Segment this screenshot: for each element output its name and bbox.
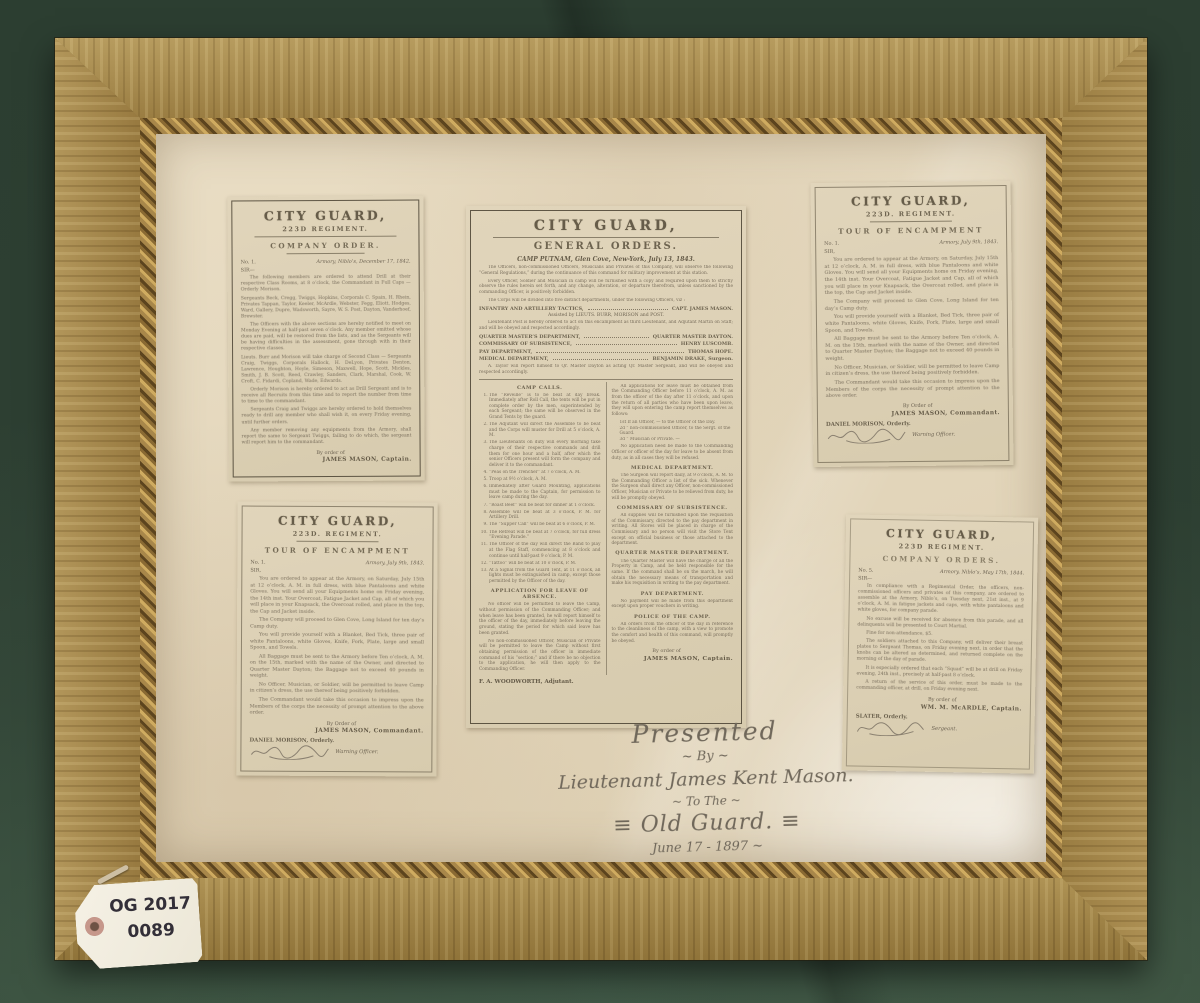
department-row: QUARTER MASTER’S DEPARTMENT, QUARTER MAS… xyxy=(479,334,733,340)
salutation: SIR— xyxy=(241,267,411,274)
camp-call: “Peas on the Trencher” at 7 o’clock, A. … xyxy=(489,470,601,476)
paragraph: All applications for leave must be obtai… xyxy=(612,384,734,418)
dot-leader xyxy=(553,356,649,360)
paragraph: Every Officer, Soldier and Musician in c… xyxy=(479,279,733,296)
paragraph: The Quarter Master will have the charge … xyxy=(612,559,734,587)
dateline: CAMP PUTNAM, Glen Cove, New-York, July 1… xyxy=(479,256,733,263)
camp-call: “Tattoo” will be beat at 10 o’clock, P. … xyxy=(489,561,601,567)
tag-grommet-icon xyxy=(84,916,104,936)
section-title: COMMISSARY OF SUBSISTENCE. xyxy=(612,505,734,511)
salutation: SIR, xyxy=(250,568,424,575)
department-officer: QUARTER MASTER DAYTON. xyxy=(653,334,733,340)
masthead: CITY GUARD, xyxy=(824,193,998,209)
salutation: SIR, xyxy=(824,247,998,255)
mat-board: CITY GUARD, 223D REGIMENT. COMPANY ORDER… xyxy=(156,134,1046,862)
section-title: POLICE OF THE CAMP. xyxy=(612,614,734,620)
signature-scrawl-icon xyxy=(826,427,906,444)
paragraph: The following members are ordered to att… xyxy=(241,275,411,294)
paragraph: No excuse will be received for absence f… xyxy=(857,616,1023,631)
camp-call: The Officer of the day will direct the B… xyxy=(489,542,601,559)
order-number: No. 1. xyxy=(241,259,256,265)
right-column: All applications for leave must be obtai… xyxy=(606,382,734,675)
warning-officer-line: Warning Officer. xyxy=(335,749,378,755)
signature-printed: JAMES MASON, Captain. xyxy=(242,457,412,464)
camp-call: Assemble will be beat at 3 o’clock, P. M… xyxy=(489,510,601,521)
document-company-order-1842: CITY GUARD, 223D REGIMENT. COMPANY ORDER… xyxy=(227,195,424,481)
department-label: MEDICAL DEPARTMENT, xyxy=(479,356,549,362)
paragraph: The Officers with the above sections are… xyxy=(241,322,411,353)
camp-call: “Roast Beef” will be beat for dinner at … xyxy=(489,503,601,509)
paragraph: In compliance with a Regimental Order, t… xyxy=(858,584,1025,617)
department-row: MEDICAL DEPARTMENT, BENJAMIN DRAKE, Surg… xyxy=(479,356,733,362)
paragraph: No application need be made to the Comma… xyxy=(612,444,734,461)
adjutant-line: F. A. WOODWORTH, Adjutant. xyxy=(479,679,733,685)
document-border: CITY GUARD, 223D. REGIMENT. TOUR OF ENCA… xyxy=(240,505,433,772)
handwritten-dedication: Presented ~ By ~ Lieutenant James Kent M… xyxy=(518,713,893,860)
camp-call: Immediately after Guard Mounting, applic… xyxy=(489,484,601,501)
frame-bottom-rail xyxy=(55,878,1147,960)
paragraph: All Baggage must be sent to the Armory b… xyxy=(825,334,999,362)
paragraph: You will provide yourself with a Blanket… xyxy=(825,312,999,334)
dateline: Armory, July 9th, 1843. xyxy=(366,560,425,566)
tag-number-line2: 0089 xyxy=(106,917,197,946)
dateline: Armory, Niblo’s, December 17, 1842. xyxy=(317,259,411,265)
left-column: CAMP CALLS. The “Reveille” is to be beat… xyxy=(479,382,606,675)
masthead: CITY GUARD, xyxy=(859,527,1025,543)
department-officer: CAPT. JAMES MASON. xyxy=(672,306,733,312)
document-title: TOUR OF ENCAMPMENT xyxy=(250,546,424,556)
department-officer: THOMAS HOPE. xyxy=(688,349,733,355)
department-label: PAY DEPARTMENT, xyxy=(479,349,532,355)
dot-leader xyxy=(576,342,677,346)
accession-tag: OG 2017 0089 xyxy=(73,878,203,970)
paragraph: No officer will be permitted to leave th… xyxy=(479,602,601,636)
framed-documents-photo: CITY GUARD, 223D REGIMENT. COMPANY ORDER… xyxy=(0,0,1200,1003)
frame-left-rail xyxy=(55,38,140,960)
signature-printed: JAMES MASON, Commandant. xyxy=(250,728,424,735)
department-row: INFANTRY AND ARTILLERY TACTICS, CAPT. JA… xyxy=(479,306,733,312)
paragraph: No Officer, Musician, or Soldier, will b… xyxy=(250,682,424,696)
camp-call: The Retreat will be beat at 7 o’clock, f… xyxy=(489,530,601,541)
dot-leader xyxy=(588,306,668,310)
paragraph: The Company will proceed to Glen Cove, L… xyxy=(825,297,999,312)
document-title: COMPANY ORDERS. xyxy=(858,554,1024,566)
paragraph: No Officer, Musician, or Soldier, will b… xyxy=(825,363,999,378)
regiment-line: 223D REGIMENT. xyxy=(859,542,1025,553)
by-order: By order of xyxy=(630,648,703,654)
camp-call: Troop at 9½ o’clock, A. M. xyxy=(489,477,601,483)
paragraph: A. Taylor will report himself to Qr. Mas… xyxy=(479,364,733,375)
department-label: COMMISSARY OF SUBSISTENCE, xyxy=(479,341,572,347)
paragraph: No payment will be made from this depart… xyxy=(612,599,734,610)
document-general-orders: CITY GUARD, GENERAL ORDERS. CAMP PUTNAM,… xyxy=(466,206,746,728)
department-officer: HENRY LUSCOMB. xyxy=(681,341,733,347)
document-tour-encampment-top-right: CITY GUARD, 223D. REGIMENT. TOUR OF ENCA… xyxy=(811,181,1014,467)
order-number: No. 5. xyxy=(858,568,873,574)
document-tour-encampment-bottom-left: CITY GUARD, 223D. REGIMENT. TOUR OF ENCA… xyxy=(236,501,437,776)
wood-frame: CITY GUARD, 223D REGIMENT. COMPANY ORDER… xyxy=(55,38,1147,960)
paragraph: It is especially ordered that each “Squa… xyxy=(856,665,1022,680)
regiment-line: 223D. REGIMENT. xyxy=(824,209,998,219)
document-border: CITY GUARD, 223D REGIMENT. COMPANY ORDER… xyxy=(231,200,420,478)
order-number: No. 1. xyxy=(250,560,265,566)
paragraph: Lieutenant Post is hereby ordered to act… xyxy=(479,320,733,331)
paragraph: Sergeants Beck, Cregg, Twiggs, Hopkins, … xyxy=(241,295,411,320)
camp-call: At a Signal from the Guard Tent, at 11 o… xyxy=(489,568,601,585)
signature-printed: JAMES MASON, Commandant. xyxy=(826,410,1000,418)
regiment-line: 223D REGIMENT. xyxy=(240,225,410,234)
order-type: COMPANY ORDER. xyxy=(240,241,410,251)
document-border: CITY GUARD, 223D. REGIMENT. TOUR OF ENCA… xyxy=(815,185,1010,463)
by-order: By Order of xyxy=(289,720,393,727)
section-title: PAY DEPARTMENT. xyxy=(612,591,734,597)
paragraph: You are ordered to appear at the Armory,… xyxy=(250,576,424,616)
masthead: CITY GUARD, xyxy=(240,208,410,224)
paragraph: You will provide yourself with a Blanket… xyxy=(250,632,424,652)
sergeant-line: Sergeant. xyxy=(931,725,957,731)
paragraph: All supplies will be furnished upon the … xyxy=(612,513,734,547)
masthead: CITY GUARD, xyxy=(251,514,425,529)
by-order: By order of xyxy=(892,696,992,704)
dot-leader xyxy=(584,334,648,338)
signature-scrawl-icon xyxy=(249,744,329,760)
department-label: INFANTRY AND ARTILLERY TACTICS, xyxy=(479,306,584,312)
report-line: 3d “ Musician or Private. — xyxy=(620,437,734,442)
report-line: 2d “ non-commissioned Officer, to the Se… xyxy=(620,426,734,436)
paragraph: You are ordered to appear at the Armory,… xyxy=(824,255,998,296)
paragraph: The Commandant would take this occasion … xyxy=(250,697,424,717)
paragraph: Any member removing any equipments from … xyxy=(241,427,411,446)
warning-officer-line: Warning Officer. xyxy=(912,431,955,437)
document-title: TOUR OF ENCAMPMENT xyxy=(824,225,998,236)
camp-call: The Lieutenants on duty will every morni… xyxy=(489,440,601,468)
camp-call: The Adjutant will direct the Assemble to… xyxy=(489,422,601,439)
assisted-line: Assisted by LIEUTS. BURR, MORISON and PO… xyxy=(479,313,733,318)
frame-top-rail xyxy=(55,38,1147,118)
by-order: By Order of xyxy=(865,402,969,409)
signature-printed: JAMES MASON, Captain. xyxy=(612,656,734,662)
regiment-line: 223D. REGIMENT. xyxy=(251,530,425,539)
department-row: COMMISSARY OF SUBSISTENCE, HENRY LUSCOMB… xyxy=(479,341,733,347)
paragraph: Sergeants Craig and Twiggs are hereby or… xyxy=(241,407,411,426)
paragraph: Lieuts. Burr and Morison will take charg… xyxy=(241,354,411,385)
camp-call: The “Supper Call” will be beat at 6 o’cl… xyxy=(489,522,601,528)
department-label: QUARTER MASTER’S DEPARTMENT, xyxy=(479,334,580,340)
department-row: PAY DEPARTMENT, THOMAS HOPE. xyxy=(479,349,733,355)
section-title: MEDICAL DEPARTMENT. xyxy=(612,465,734,471)
section-title: APPLICATION FOR LEAVE OF ABSENCE. xyxy=(479,588,601,600)
department-officer: BENJAMIN DRAKE, Surgeon. xyxy=(652,356,733,362)
paragraph: The Commandant would take this occasion … xyxy=(826,378,1000,400)
paragraph: Orderly Morison is hereby ordered to act… xyxy=(241,387,411,406)
paragraph: The Corps will be divided into five dist… xyxy=(479,298,733,304)
order-number: No. 1. xyxy=(824,241,839,247)
paragraph: The Company will proceed to Glen Cove, L… xyxy=(250,617,424,631)
camp-call: The “Reveille” is to be beat at day brea… xyxy=(489,393,601,421)
paragraph: No non-commissioned Officer, Musician or… xyxy=(479,639,601,673)
masthead: CITY GUARD, xyxy=(479,218,733,234)
paragraph: All Baggage must be sent to the Armory b… xyxy=(250,653,424,680)
document-border: CITY GUARD, GENERAL ORDERS. CAMP PUTNAM,… xyxy=(470,210,742,724)
section-title: CAMP CALLS. xyxy=(479,385,601,391)
paragraph: The soldiers attached to this Company, w… xyxy=(857,639,1023,666)
paragraph: All orders from the officer of the day i… xyxy=(612,622,734,645)
document-title: GENERAL ORDERS. xyxy=(479,241,733,252)
section-title: QUARTER MASTER DEPARTMENT. xyxy=(612,550,734,556)
by-order: By order of xyxy=(280,450,382,457)
dateline: Armory, Niblo’s, May 17th, 1844. xyxy=(940,569,1024,576)
paragraph: A return of the service of this order, m… xyxy=(856,680,1022,695)
signature-printed: WM. M. McARDLE, Captain. xyxy=(856,703,1022,712)
dateline: Armory, July 9th, 1843. xyxy=(939,239,998,246)
paragraph: The Surgeon will report daily, at 9 o’cl… xyxy=(612,473,734,501)
two-column-section: CAMP CALLS. The “Reveille” is to be beat… xyxy=(479,379,733,675)
paragraph: The Officers, non-commissioned Officers,… xyxy=(479,265,733,276)
dot-leader xyxy=(536,349,684,353)
report-line: 1st If an Officer, — to the Officer of t… xyxy=(620,420,734,425)
camp-calls-list: The “Reveille” is to be beat at day brea… xyxy=(479,393,601,585)
tag-number-line1: OG 2017 xyxy=(105,891,196,920)
tag-text: OG 2017 0089 xyxy=(105,891,197,946)
frame-right-rail xyxy=(1062,38,1147,960)
